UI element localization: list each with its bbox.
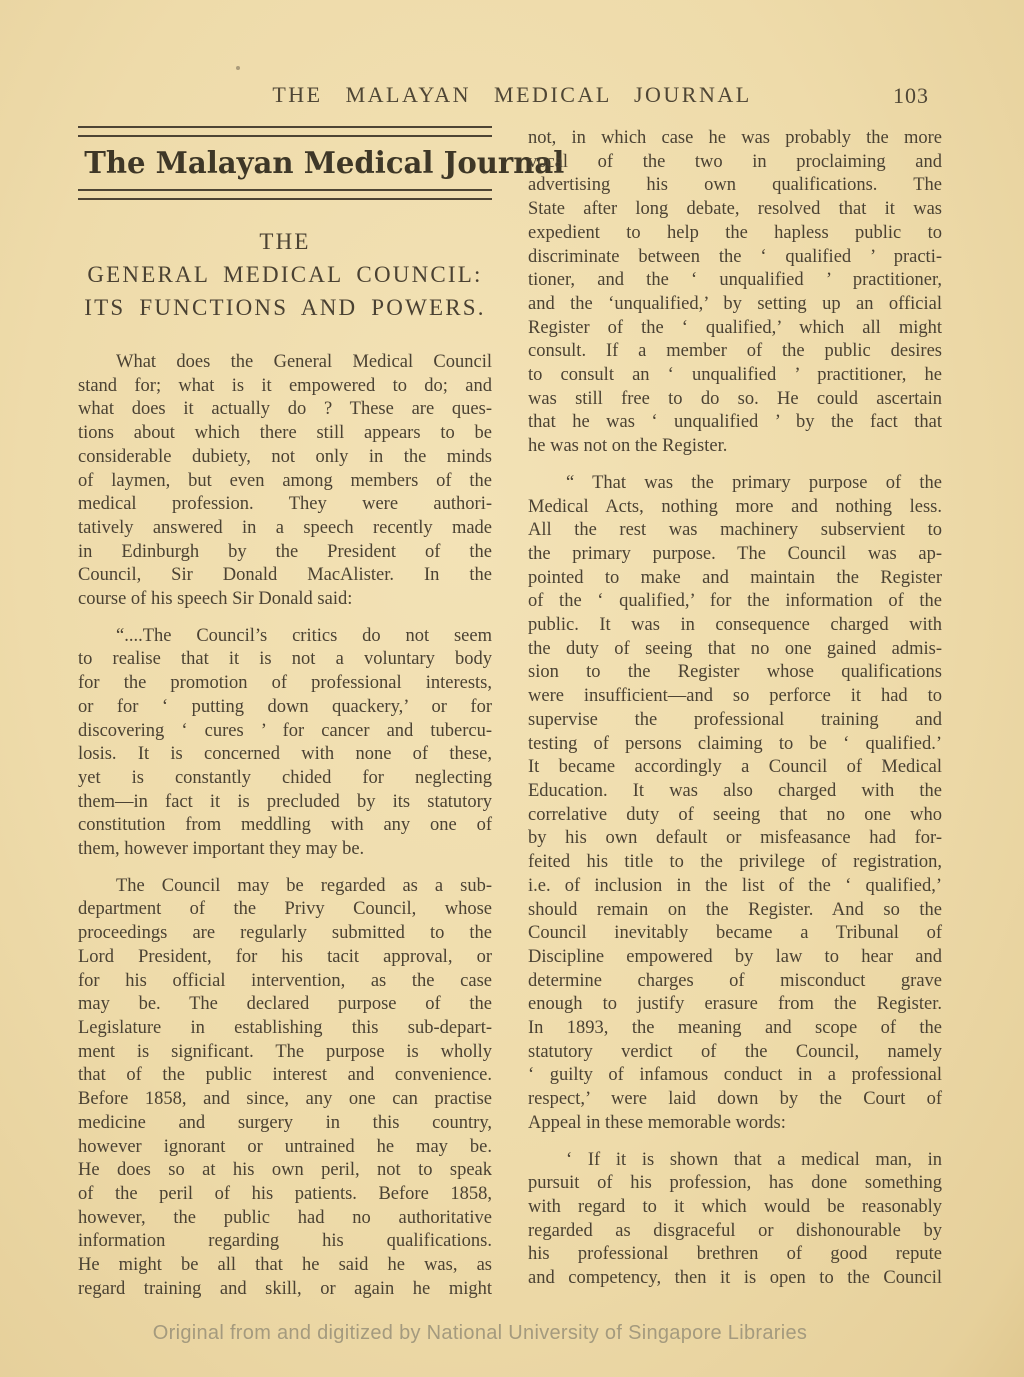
text-line: sion to the Register whose qualification… xyxy=(528,661,942,685)
text-line: Before 1858, and since, any one can prac… xyxy=(78,1088,492,1112)
text-line: in Edinburgh by the President of the xyxy=(78,541,492,565)
text-line: The Council may be regarded as a sub- xyxy=(78,875,492,899)
text-line: He does so at his own peril, not to spea… xyxy=(78,1159,492,1183)
text-line: and competency, then it is open to the C… xyxy=(528,1267,942,1291)
text-line: to consult an ‘ unqualified ’ practition… xyxy=(528,364,942,388)
text-line: i.e. of inclusion in the list of the ‘ q… xyxy=(528,875,942,899)
text-line: yet is constantly chided for neglecting xyxy=(78,767,492,791)
text-line: public. It was in consequence charged wi… xyxy=(528,614,942,638)
text-line: consult. If a member of the public desir… xyxy=(528,340,942,364)
article-heading: THE GENERAL MEDICAL COUNCIL: ITS FUNCTIO… xyxy=(78,225,492,324)
text-line: Council, Sir Donald MacAlister. In the xyxy=(78,564,492,588)
text-line: may be. The declared purpose of the xyxy=(78,993,492,1017)
text-line: “ That was the primary purpose of the xyxy=(528,472,942,496)
text-line: supervise the professional training and xyxy=(528,709,942,733)
text-line: statutory verdict of the Council, namely xyxy=(528,1041,942,1065)
scanned-journal-page: THE MALAYAN MEDICAL JOURNAL 103 The Mala… xyxy=(0,0,1024,1377)
digitization-credit: Original from and digitized by National … xyxy=(0,1322,960,1345)
text-line: constitution from meddling with any one … xyxy=(78,814,492,838)
paragraph: not, in which case he was probably the m… xyxy=(528,127,942,459)
right-column-text: not, in which case he was probably the m… xyxy=(528,127,942,1291)
ink-speck xyxy=(236,66,240,70)
text-line: losis. It is concerned with none of thes… xyxy=(78,743,492,767)
running-head-title: THE MALAYAN MEDICAL JOURNAL xyxy=(0,82,1024,108)
text-line: In 1893, the meaning and scope of the xyxy=(528,1017,942,1041)
text-line: however, the public had no authoritative xyxy=(78,1207,492,1231)
text-line: Legislature in establishing this sub-dep… xyxy=(78,1017,492,1041)
text-line: what does it actually do ? These are que… xyxy=(78,398,492,422)
text-line: “....The Council’s critics do not seem xyxy=(78,625,492,649)
paragraph: What does the General Medical Councilsta… xyxy=(78,351,492,612)
text-line: and the ‘unqualified,’ by setting up an … xyxy=(528,293,942,317)
text-line: pointed to make and maintain the Registe… xyxy=(528,567,942,591)
text-line: determine charges of misconduct grave xyxy=(528,970,942,994)
text-line: was still free to do so. He could ascert… xyxy=(528,388,942,412)
text-line: All the rest was machinery subservient t… xyxy=(528,519,942,543)
text-line: information regarding his qualifications… xyxy=(78,1230,492,1254)
text-line: State after long debate, resolved that i… xyxy=(528,198,942,222)
text-line: by his own default or misfeasance had fo… xyxy=(528,827,942,851)
paragraph: ‘ If it is shown that a medical man, inp… xyxy=(528,1149,942,1291)
text-line: Lord President, for his tacit approval, … xyxy=(78,946,492,970)
article-heading-line: ITS FUNCTIONS AND POWERS. xyxy=(78,291,492,324)
text-line: ment is significant. The purpose is whol… xyxy=(78,1041,492,1065)
text-line: that he was ‘ unqualified ’ by the fact … xyxy=(528,411,942,435)
text-line: feited his title to the privilege of reg… xyxy=(528,851,942,875)
masthead-bottom-rule xyxy=(78,189,492,200)
right-column: not, in which case he was probably the m… xyxy=(528,127,942,1291)
text-line: Education. It was also charged with the xyxy=(528,780,942,804)
text-line: regarded as disgraceful or dishonourable… xyxy=(528,1220,942,1244)
masthead-title: The Malayan Medical Journal xyxy=(84,146,486,181)
text-line: the duty of seeing that no one gained ad… xyxy=(528,638,942,662)
text-line: Appeal in these memorable words: xyxy=(528,1112,942,1136)
text-line: testing of persons claiming to be ‘ qual… xyxy=(528,733,942,757)
text-line: tatively answered in a speech recently m… xyxy=(78,517,492,541)
text-line: the primary purpose. The Council was ap- xyxy=(528,543,942,567)
text-line: them, however important they may be. xyxy=(78,838,492,862)
paragraph: “ That was the primary purpose of theMed… xyxy=(528,472,942,1136)
text-line: discovering ‘ cures ’ for cancer and tub… xyxy=(78,720,492,744)
page-number: 103 xyxy=(893,83,929,109)
text-line: Medical Acts, nothing more and nothing l… xyxy=(528,496,942,520)
text-line: ‘ guilty of infamous conduct in a profes… xyxy=(528,1064,942,1088)
text-line: respect,’ were laid down by the Court of xyxy=(528,1088,942,1112)
text-line: course of his speech Sir Donald said: xyxy=(78,588,492,612)
text-line: discriminate between the ‘ qualified ’ p… xyxy=(528,246,942,270)
article-heading-line: GENERAL MEDICAL COUNCIL: xyxy=(78,258,492,291)
text-line: for the promotion of professional intere… xyxy=(78,672,492,696)
text-line: department of the Privy Council, whose xyxy=(78,898,492,922)
paragraph: The Council may be regarded as a sub-dep… xyxy=(78,875,492,1302)
text-line: enough to justify erasure from the Regis… xyxy=(528,993,942,1017)
text-line: What does the General Medical Council xyxy=(78,351,492,375)
text-line: Register of the ‘ qualified,’ which all … xyxy=(528,317,942,341)
text-line: however ignorant or untrained he may be. xyxy=(78,1136,492,1160)
text-line: that of the public interest and convenie… xyxy=(78,1064,492,1088)
text-line: expedient to help the hapless public to xyxy=(528,222,942,246)
text-line: medical profession. They were authori- xyxy=(78,493,492,517)
text-line: of the peril of his patients. Before 185… xyxy=(78,1183,492,1207)
text-line: were insufficient—and so perforce it had… xyxy=(528,685,942,709)
text-line: He might be all that he said he was, as xyxy=(78,1254,492,1278)
left-column-text: What does the General Medical Councilsta… xyxy=(78,351,492,1301)
text-line: or for ‘ putting down quackery,’ or for xyxy=(78,696,492,720)
text-line: of laymen, but even among members of the xyxy=(78,470,492,494)
text-line: ‘ If it is shown that a medical man, in xyxy=(528,1149,942,1173)
text-line: not, in which case he was probably the m… xyxy=(528,127,942,151)
text-line: stand for; what is it empowered to do; a… xyxy=(78,375,492,399)
masthead-top-rule xyxy=(78,126,492,137)
text-line: medicine and surgery in this country, xyxy=(78,1112,492,1136)
text-line: regard training and skill, or again he m… xyxy=(78,1278,492,1302)
text-line: pursuit of his profession, has done some… xyxy=(528,1172,942,1196)
article-heading-line: THE xyxy=(78,225,492,258)
text-line: tioner, and the ‘ unqualified ’ practiti… xyxy=(528,269,942,293)
text-line: of the ‘ qualified,’ for the information… xyxy=(528,590,942,614)
text-line: he was not on the Register. xyxy=(528,435,942,459)
text-line: Discipline empowered by law to hear and xyxy=(528,946,942,970)
left-column: The Malayan Medical Journal THE GENERAL … xyxy=(78,126,492,1301)
text-line: his professional brethren of good repute xyxy=(528,1243,942,1267)
text-line: proceedings are regularly submitted to t… xyxy=(78,922,492,946)
text-line: advertising his own qualifications. The xyxy=(528,174,942,198)
paragraph: “....The Council’s critics do not seemto… xyxy=(78,625,492,862)
text-line: Council inevitably became a Tribunal of xyxy=(528,922,942,946)
text-line: with regard to it which would be reasona… xyxy=(528,1196,942,1220)
text-line: It became accordingly a Council of Medic… xyxy=(528,756,942,780)
text-line: to realise that it is not a voluntary bo… xyxy=(78,648,492,672)
text-line: them—in fact it is precluded by its stat… xyxy=(78,791,492,815)
text-line: correlative duty of seeing that no one w… xyxy=(528,804,942,828)
text-line: tions about which there still appears to… xyxy=(78,422,492,446)
text-line: considerable dubiety, not only in the mi… xyxy=(78,446,492,470)
text-line: vocal of the two in proclaiming and xyxy=(528,151,942,175)
text-line: for his official intervention, as the ca… xyxy=(78,970,492,994)
text-line: should remain on the Register. And so th… xyxy=(528,899,942,923)
